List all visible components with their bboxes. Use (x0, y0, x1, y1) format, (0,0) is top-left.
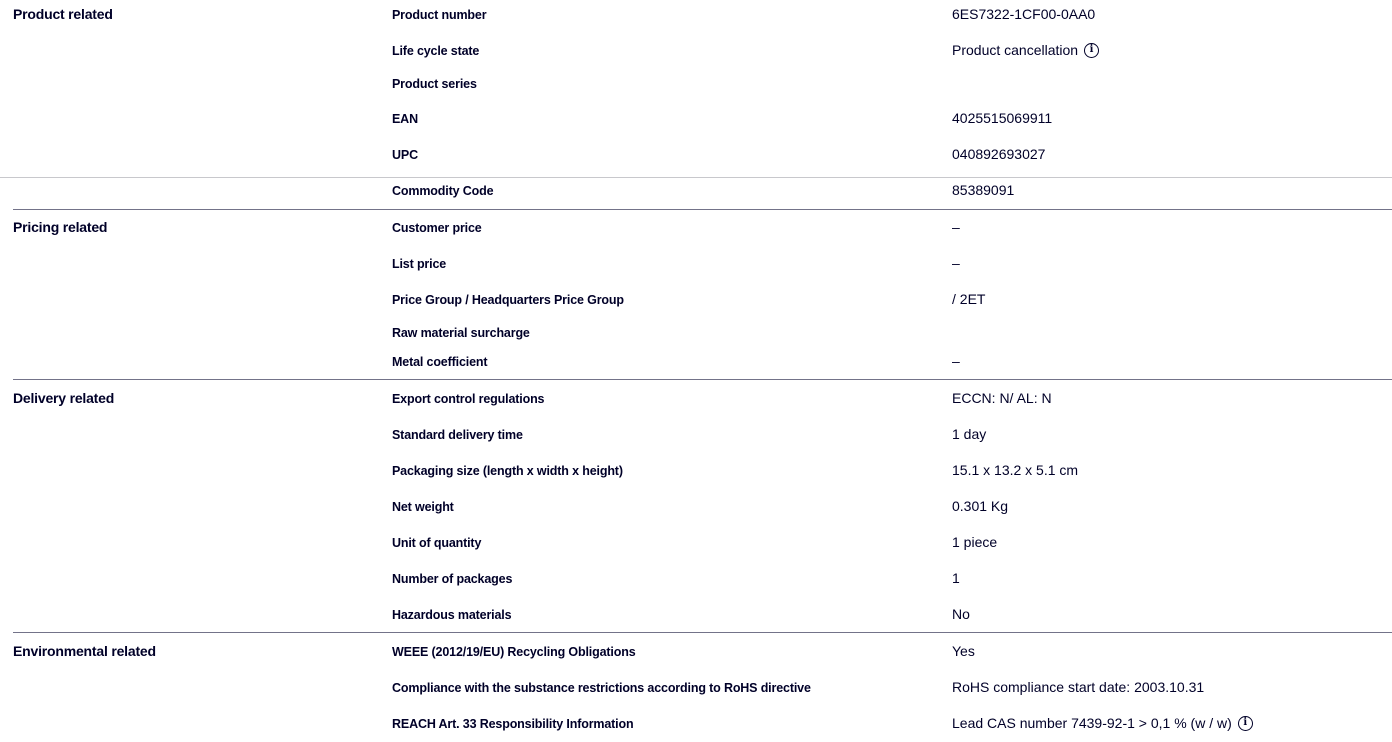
attr-value-upc: 040892693027 (952, 146, 1045, 162)
table-row: Raw material surcharge (0, 324, 1392, 344)
attr-value-customer-price: – (952, 219, 960, 235)
attr-value-product-number: 6ES7322-1CF00-0AA0 (952, 6, 1095, 22)
attr-label-export-control: Export control regulations (392, 392, 544, 406)
attr-label-weee: WEEE (2012/19/EU) Recycling Obligations (392, 645, 636, 659)
attr-label-customer-price: Customer price (392, 221, 482, 235)
attr-value-number-of-packages: 1 (952, 570, 960, 586)
table-row: Export control regulations ECCN: N/ AL: … (0, 390, 1392, 410)
table-row: Hazardous materials No (0, 606, 1392, 626)
table-row: List price – (0, 255, 1392, 275)
attr-value-delivery-time: 1 day (952, 426, 986, 442)
section-divider (13, 632, 1392, 633)
attr-label-raw-material-surcharge: Raw material surcharge (392, 326, 530, 340)
attr-value-hazardous-materials: No (952, 606, 970, 622)
table-row: Product series (0, 75, 1392, 95)
attr-label-price-group: Price Group / Headquarters Price Group (392, 293, 624, 307)
attr-label-commodity-code: Commodity Code (392, 184, 493, 198)
attr-value-price-group: / 2ET (952, 291, 985, 307)
table-row: EAN 4025515069911 (0, 110, 1392, 130)
life-cycle-state-text: Product cancellation (952, 42, 1078, 58)
attr-label-list-price: List price (392, 257, 446, 271)
table-row: Number of packages 1 (0, 570, 1392, 590)
attr-label-hazardous-materials: Hazardous materials (392, 608, 511, 622)
table-row: Net weight 0.301 Kg (0, 498, 1392, 518)
attr-label-packaging-size: Packaging size (length x width x height) (392, 464, 623, 478)
table-row: REACH Art. 33 Responsibility Information… (0, 715, 1392, 735)
table-row: Packaging size (length x width x height)… (0, 462, 1392, 482)
attr-label-net-weight: Net weight (392, 500, 454, 514)
row-divider (0, 177, 1392, 178)
attr-label-life-cycle-state: Life cycle state (392, 44, 479, 58)
product-data-sheet: Product related Product number 6ES7322-1… (0, 0, 1392, 742)
attr-value-rohs: RoHS compliance start date: 2003.10.31 (952, 679, 1204, 695)
attr-label-ean: EAN (392, 112, 418, 126)
attr-label-number-of-packages: Number of packages (392, 572, 512, 586)
attr-label-product-series: Product series (392, 77, 477, 91)
attr-value-life-cycle-state: Product cancellation i (952, 42, 1099, 58)
attr-label-product-number: Product number (392, 8, 486, 22)
attr-value-commodity-code: 85389091 (952, 182, 1014, 198)
attr-label-delivery-time: Standard delivery time (392, 428, 523, 442)
info-icon[interactable]: i (1238, 716, 1253, 731)
reach-text: Lead CAS number 7439-92-1 > 0,1 % (w / w… (952, 715, 1232, 731)
attr-value-packaging-size: 15.1 x 13.2 x 5.1 cm (952, 462, 1078, 478)
attr-value-metal-coefficient: – (952, 353, 960, 369)
attr-value-reach: Lead CAS number 7439-92-1 > 0,1 % (w / w… (952, 715, 1253, 731)
table-row: Commodity Code 85389091 (0, 182, 1392, 202)
attr-label-unit-of-quantity: Unit of quantity (392, 536, 481, 550)
table-row: Metal coefficient – (0, 353, 1392, 373)
table-row: Customer price – (0, 219, 1392, 239)
table-row: WEEE (2012/19/EU) Recycling Obligations … (0, 643, 1392, 663)
attr-label-rohs: Compliance with the substance restrictio… (392, 681, 811, 695)
table-row: Life cycle state Product cancellation i (0, 42, 1392, 62)
attr-value-list-price: – (952, 255, 960, 271)
section-divider (13, 209, 1392, 210)
attr-value-net-weight: 0.301 Kg (952, 498, 1008, 514)
attr-label-metal-coefficient: Metal coefficient (392, 355, 487, 369)
attr-label-reach: REACH Art. 33 Responsibility Information (392, 717, 633, 731)
attr-value-ean: 4025515069911 (952, 110, 1052, 126)
section-divider (13, 379, 1392, 380)
table-row: Compliance with the substance restrictio… (0, 679, 1392, 699)
table-row: Standard delivery time 1 day (0, 426, 1392, 446)
table-row: Unit of quantity 1 piece (0, 534, 1392, 554)
info-icon[interactable]: i (1084, 43, 1099, 58)
table-row: Price Group / Headquarters Price Group /… (0, 291, 1392, 311)
attr-value-weee: Yes (952, 643, 975, 659)
attr-value-export-control: ECCN: N/ AL: N (952, 390, 1052, 406)
attr-value-unit-of-quantity: 1 piece (952, 534, 997, 550)
table-row: UPC 040892693027 (0, 146, 1392, 166)
attr-label-upc: UPC (392, 148, 418, 162)
table-row: Product number 6ES7322-1CF00-0AA0 (0, 6, 1392, 26)
